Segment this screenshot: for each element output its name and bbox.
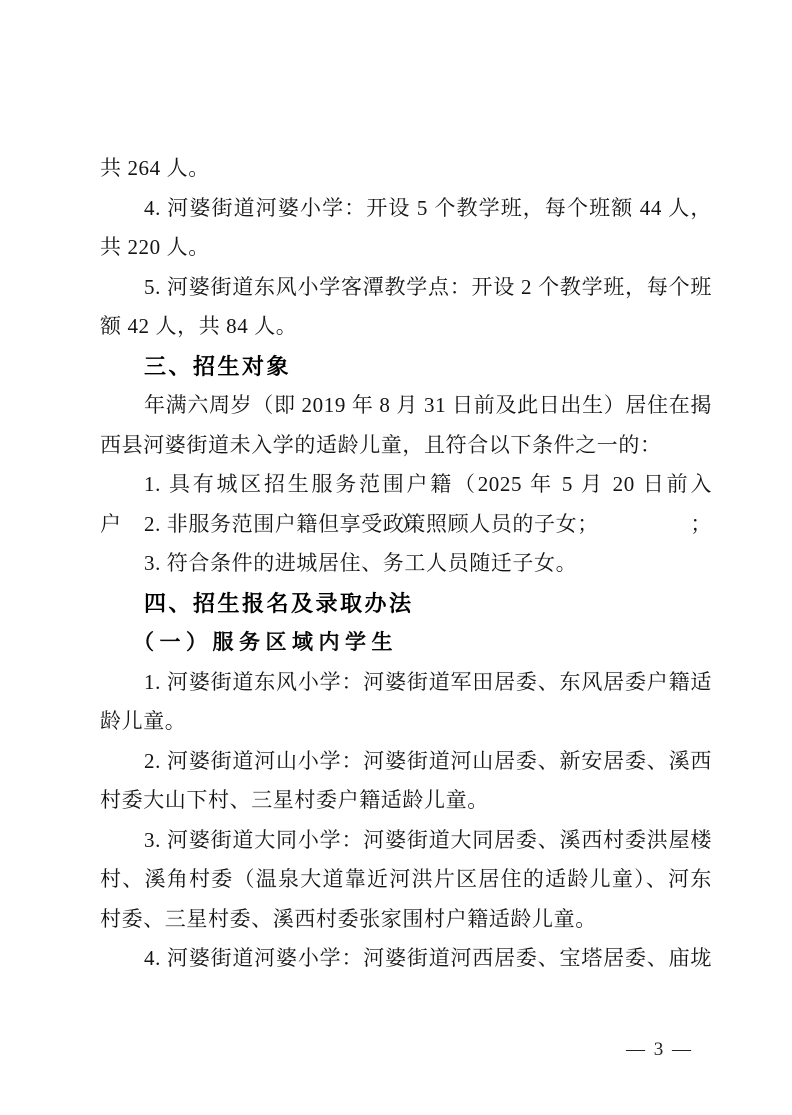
document-line: 3. 符合条件的进城居住、务工人员随迁子女。 [100, 544, 712, 584]
document-line: 村、溪角村委（温泉大道靠近河洪片区居住的适龄儿童）、河东 [100, 860, 712, 900]
section-heading-three: 三、招生对象 [100, 347, 712, 387]
document-line: 1. 具有城区招生服务范围户籍（2025 年 5 月 20 日前入户）； [100, 465, 712, 505]
document-body: 共 264 人。 4. 河婆街道河婆小学：开设 5 个教学班，每个班额 44 人… [100, 149, 712, 979]
document-line: 西县河婆街道未入学的适龄儿童，且符合以下条件之一的： [100, 426, 712, 466]
document-line: 1. 河婆街道东风小学：河婆街道军田居委、东风居委户籍适 [100, 663, 712, 703]
section-heading-four: 四、招生报名及录取办法 [100, 584, 712, 624]
document-line: 3. 河婆街道大同小学：河婆街道大同居委、溪西村委洪屋楼 [100, 821, 712, 861]
document-line: 龄儿童。 [100, 702, 712, 742]
document-line: 共 220 人。 [100, 228, 712, 268]
document-line: 4. 河婆街道河婆小学：河婆街道河西居委、宝塔居委、庙垅 [100, 939, 712, 979]
subsection-heading: （一）服务区域内学生 [100, 623, 712, 663]
document-line: 5. 河婆街道东风小学客潭教学点：开设 2 个教学班，每个班 [100, 268, 712, 308]
document-line: 年满六周岁（即 2019 年 8 月 31 日前及此日出生）居住在揭 [100, 386, 712, 426]
document-line: 村委、三星村委、溪西村委张家围村户籍适龄儿童。 [100, 900, 712, 940]
document-line: 4. 河婆街道河婆小学：开设 5 个教学班，每个班额 44 人， [100, 189, 712, 229]
page-number: — 3 — [626, 1038, 693, 1062]
document-page: 共 264 人。 4. 河婆街道河婆小学：开设 5 个教学班，每个班额 44 人… [0, 0, 792, 1115]
document-line: 共 264 人。 [100, 149, 712, 189]
document-line: 2. 河婆街道河山小学：河婆街道河山居委、新安居委、溪西 [100, 742, 712, 782]
document-line: 村委大山下村、三星村委户籍适龄儿童。 [100, 781, 712, 821]
document-line: 额 42 人，共 84 人。 [100, 307, 712, 347]
